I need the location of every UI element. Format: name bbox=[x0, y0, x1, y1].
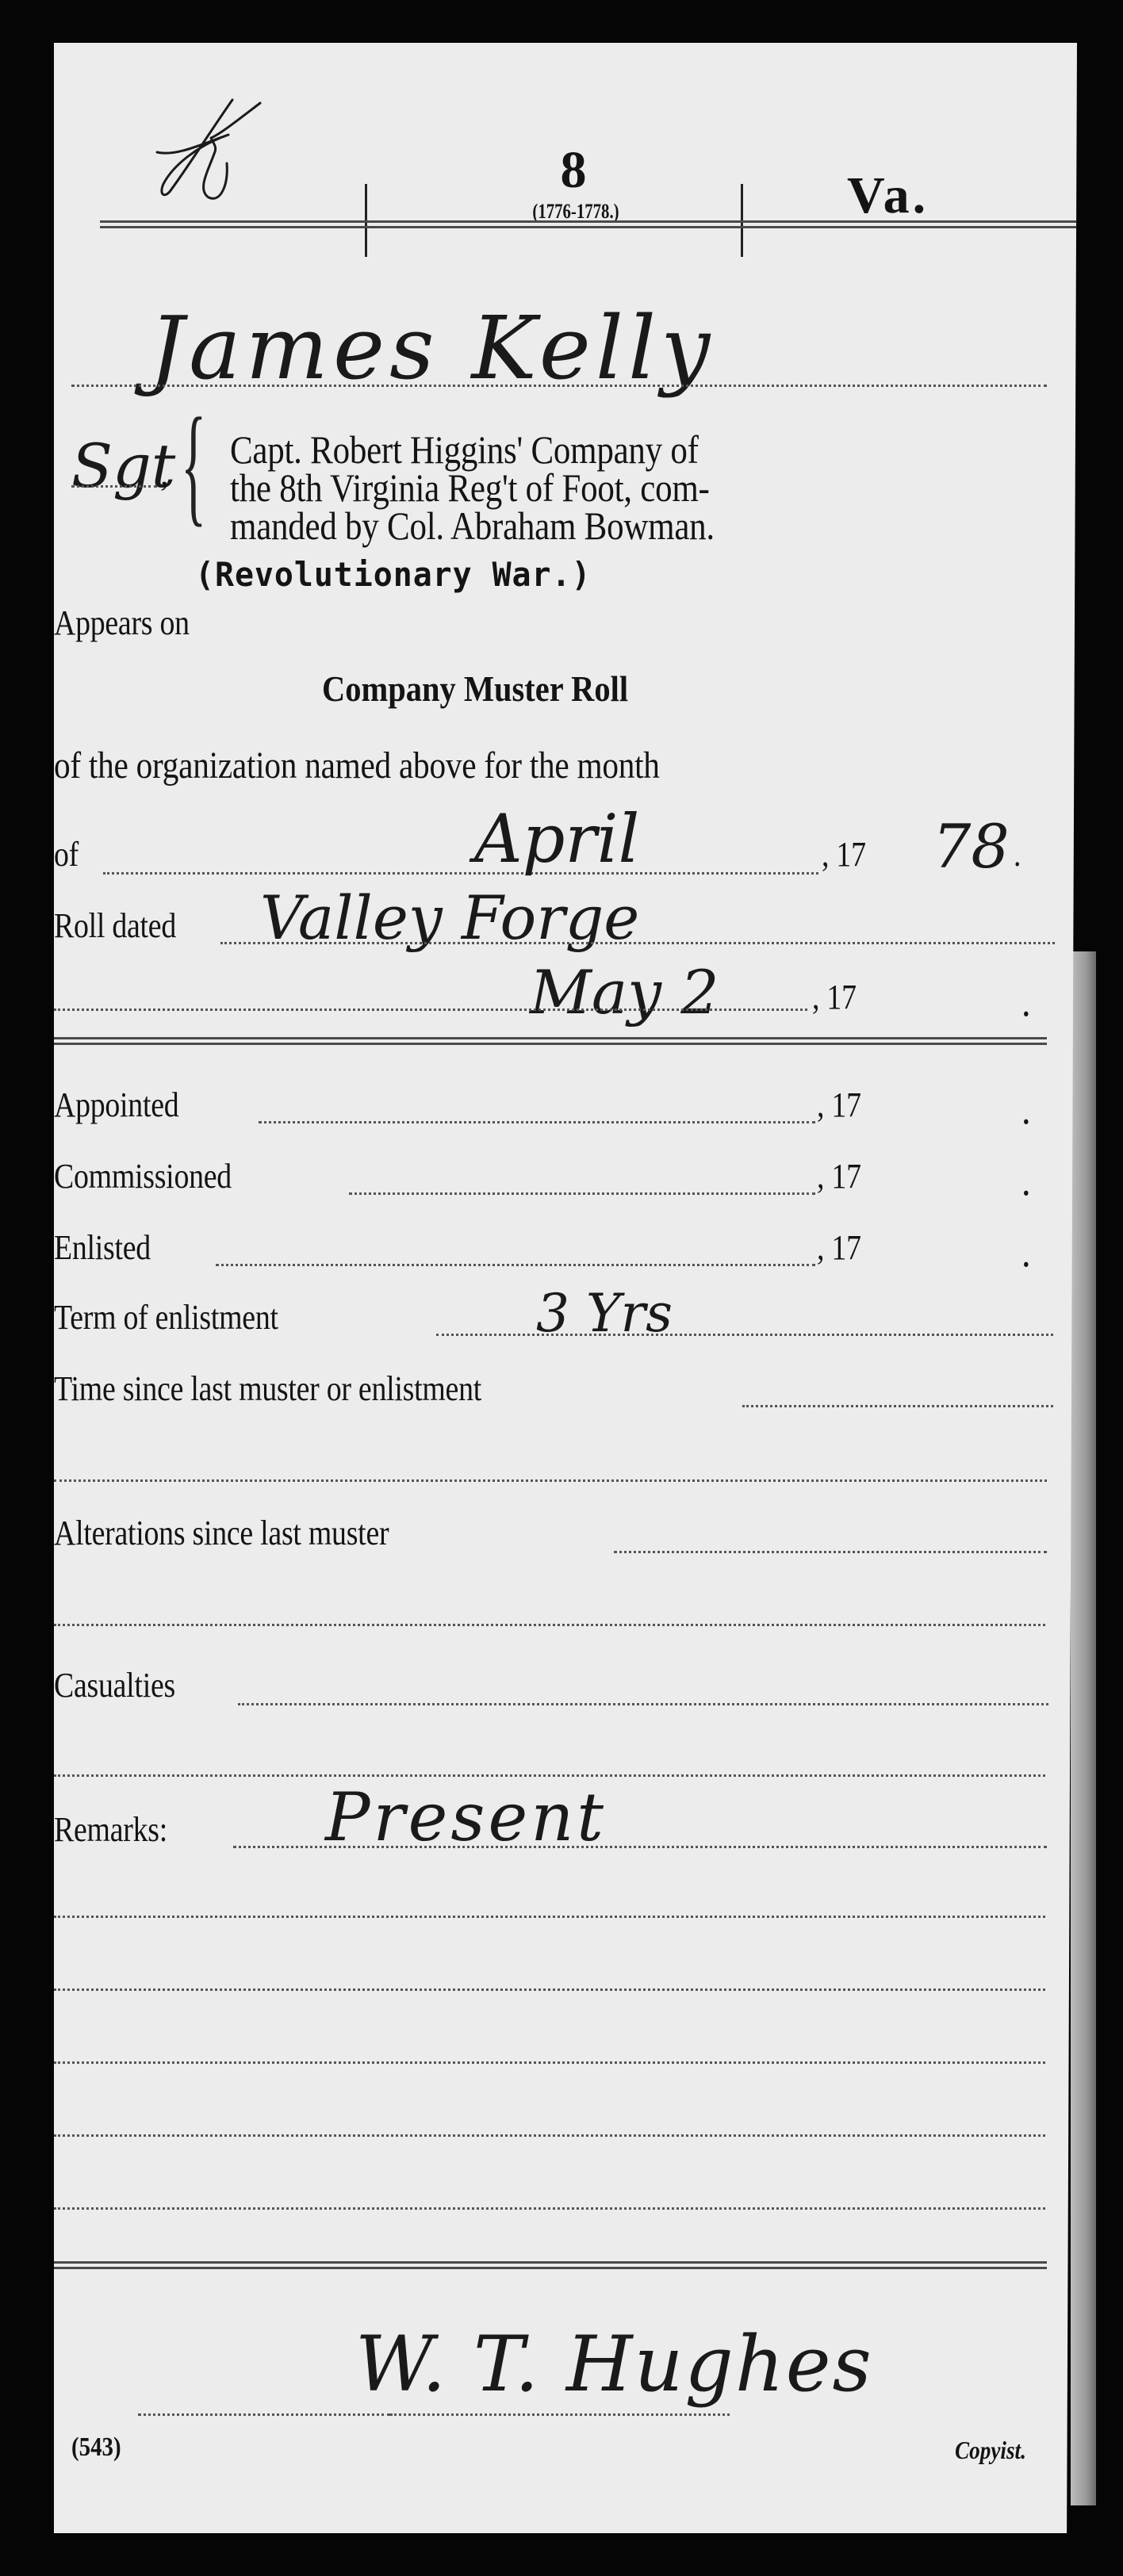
mid-double-rule bbox=[54, 1037, 1047, 1045]
field-alterations-line bbox=[614, 1551, 1047, 1553]
month-end: . bbox=[1014, 837, 1021, 872]
roll-type: Company Muster Roll bbox=[322, 671, 628, 707]
roll-dated-end: . bbox=[1021, 980, 1030, 1023]
field-alterations-line-2 bbox=[54, 1624, 1045, 1626]
remarks-line-4 bbox=[54, 2061, 1045, 2064]
remarks-line-3 bbox=[54, 1988, 1045, 1991]
field-casualties-line bbox=[238, 1703, 1048, 1705]
roll-dated-place: Valley Forge bbox=[260, 888, 639, 948]
regiment-years: (1776-1778.) bbox=[500, 201, 652, 222]
unit-brace: { bbox=[181, 398, 206, 531]
month-value: April bbox=[474, 806, 639, 872]
month-line bbox=[103, 872, 818, 875]
regiment-number: 8 bbox=[546, 144, 601, 197]
field-remarks-label: Remarks: bbox=[54, 1812, 167, 1847]
appears-on: Appears on bbox=[54, 606, 190, 641]
name-line bbox=[71, 385, 1047, 387]
field-commissioned-line bbox=[349, 1192, 815, 1195]
field-term-label: Term of enlistment bbox=[54, 1300, 278, 1335]
roll-date-line bbox=[54, 1009, 807, 1011]
field-casualties-label: Casualties bbox=[54, 1668, 175, 1703]
war-title: (Revolutionary War.) bbox=[195, 558, 591, 591]
roll-dated-date: May 2 bbox=[530, 963, 719, 1023]
remarks-line-5 bbox=[54, 2134, 1045, 2137]
unit-line-3: manded by Col. Abraham Bowman. bbox=[230, 506, 715, 545]
field-appointed-line bbox=[259, 1121, 815, 1123]
unit-line-2: the 8th Virginia Reg't of Foot, com- bbox=[230, 468, 710, 507]
field-appointed-end: . bbox=[1021, 1088, 1030, 1131]
muster-roll-card: K 8 (1776-1778.) Va. James Kelly Sgt , {… bbox=[54, 43, 1077, 2533]
field-remarks-value: Present bbox=[325, 1784, 607, 1851]
month-label: of bbox=[54, 837, 79, 872]
field-enlisted-year: , 17 bbox=[817, 1231, 861, 1265]
field-term-line bbox=[436, 1334, 1053, 1336]
roll-dated-year-prefix: , 17 bbox=[812, 980, 857, 1015]
field-alterations-label: Alterations since last muster bbox=[54, 1516, 389, 1551]
header-double-rule bbox=[100, 220, 1093, 228]
scan-edge-shadow bbox=[1071, 951, 1096, 2505]
signature-line-b bbox=[390, 2413, 730, 2416]
remarks-line-2 bbox=[54, 1916, 1045, 1918]
field-time-since-label: Time since last muster or enlistment bbox=[54, 1372, 481, 1407]
copyist-label: Copyist. bbox=[955, 2437, 1026, 2463]
roll-dated-line bbox=[220, 942, 1055, 944]
unit-line-1: Capt. Robert Higgins' Company of bbox=[230, 430, 699, 469]
field-commissioned-label: Commissioned bbox=[54, 1159, 232, 1194]
field-enlisted-label: Enlisted bbox=[54, 1231, 151, 1265]
field-appointed-label: Appointed bbox=[54, 1088, 178, 1123]
remarks-line-6 bbox=[54, 2207, 1045, 2210]
state-abbrev: Va. bbox=[847, 170, 929, 222]
form-number: (543) bbox=[71, 2434, 121, 2461]
copyist-signature: W. T. Hughes bbox=[355, 2326, 873, 2402]
field-commissioned-year: , 17 bbox=[817, 1159, 861, 1194]
roll-dated-label: Roll dated bbox=[54, 909, 176, 944]
organization-text: of the organization named above for the … bbox=[54, 747, 660, 785]
handwritten-initial-k bbox=[141, 90, 316, 209]
month-year-prefix: , 17 bbox=[822, 837, 866, 872]
month-year-suffix: 78 bbox=[933, 817, 1010, 877]
field-time-since-line bbox=[742, 1405, 1053, 1407]
field-enlisted-line bbox=[216, 1264, 815, 1266]
field-term-value: 3 Yrs bbox=[536, 1288, 673, 1340]
rank-comma: , bbox=[160, 457, 169, 492]
signature-line bbox=[138, 2413, 390, 2416]
field-casualties-line-2 bbox=[54, 1774, 1045, 1777]
field-enlisted-end: . bbox=[1021, 1231, 1030, 1273]
soldier-name: James Kelly bbox=[149, 304, 715, 392]
rank-line bbox=[71, 485, 157, 488]
field-appointed-year: , 17 bbox=[817, 1088, 861, 1123]
field-commissioned-end: . bbox=[1021, 1159, 1030, 1202]
footer-double-rule bbox=[54, 2261, 1047, 2269]
field-time-since-line-2 bbox=[54, 1479, 1047, 1482]
